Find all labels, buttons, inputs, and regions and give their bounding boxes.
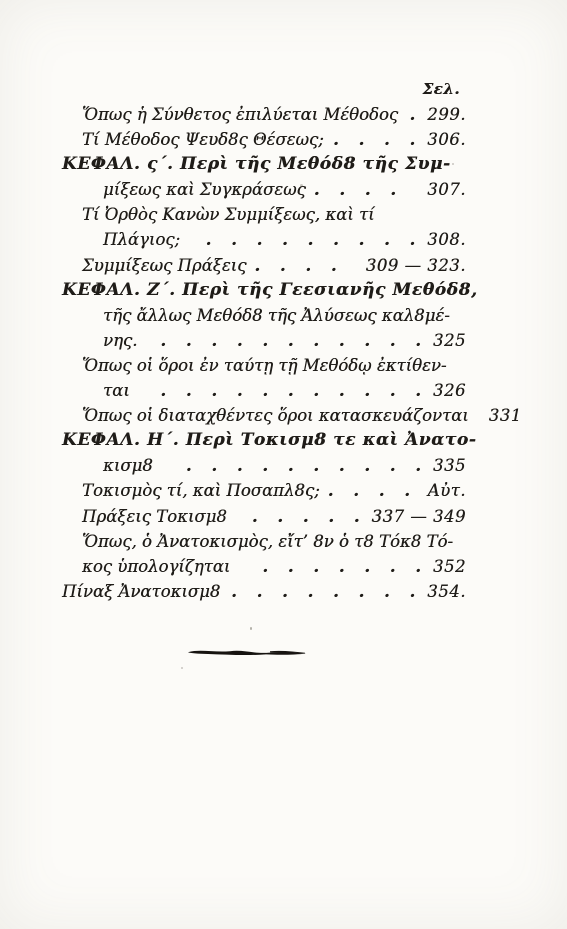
dot-leader: . [398, 102, 415, 127]
dot-leader: . . . . . . . . . [180, 227, 415, 252]
toc-entry-text: Ὅπως, ὁ Ἀνατοκισμὸς, εἴτ’ 8ν ὁ τ8 Τόκ8 Τ… [62, 529, 453, 554]
toc-entry-text: Τί Μέθοδος Ψευδ8ς Θέσεως; [62, 127, 324, 152]
toc-row: Ὅπως οἱ ὅροι ἐν ταύτῃ τῇ Μεθόδῳ ἐκτίθεν- [62, 353, 466, 378]
dot-leader: . . . . . [320, 478, 416, 503]
toc-row: τῆς ἄλλως Μεθόδ8 τῆς Ἀλύσεως καλ8μέ- [62, 303, 466, 328]
toc-row: Τί Μέθοδος Ψευδ8ς Θέσεως; . . . . 306. [62, 127, 466, 152]
toc-row: Πλάγιος; . . . . . . . . . 308. [62, 227, 466, 252]
toc-row: κισμ8 . . . . . . . . . . 335 [62, 453, 466, 478]
toc-row: ΚΕΦΑΛ. ς´. Περὶ τῆς Μεθόδ8 τῆς Συμ- [62, 152, 466, 177]
toc-row: Πίναξ Ἀνατοκισμ8 . . . . . . . . 354. [62, 579, 466, 604]
toc-row: Τί Ὀρθὸς Κανὼν Συμμίξεως, καὶ τί [62, 202, 466, 227]
toc-entry-text: Τί Ὀρθὸς Κανὼν Συμμίξεως, καὶ τί [62, 202, 375, 227]
ink-rule [186, 646, 308, 658]
page-number: 306. [427, 127, 466, 152]
toc-entry-text: ΚΕΦΑΛ. Ζ´. Περὶ τῆς Γεεσιανῆς Μεθόδ8, [62, 278, 478, 303]
page-number: 299. [427, 102, 466, 127]
page-number: 335 [433, 453, 466, 478]
toc-rows: Ὅπως ἡ Σύνθετος ἐπιλύεται Μέθοδος . 299.… [62, 102, 466, 604]
dot-leader: . . . . . [227, 504, 360, 529]
toc-row: κος ὑπολογίζηται . . . . . . . 352 [62, 554, 466, 579]
toc-row: Ὅπως οἱ διαταχθέντες ὅροι κατασκευάζοντα… [62, 403, 466, 428]
dot-leader: . . . . . . . . . . [153, 453, 421, 478]
page-number: Αὐτ. [428, 478, 466, 503]
page-number: 337 — 349 [372, 504, 466, 529]
toc-row: Ὅπως ἡ Σύνθετος ἐπιλύεται Μέθοδος . 299. [62, 102, 466, 127]
page-number: 354. [427, 579, 466, 604]
scanned-book-page: { "colors": { "paper": "#fcfbf8", "ink":… [0, 0, 567, 929]
toc-entry-text: Ὅπως οἱ ὅροι ἐν ταύτῃ τῇ Μεθόδῳ ἐκτίθεν- [62, 353, 446, 378]
dot-leader: . . . . [324, 127, 416, 152]
toc-row: ται . . . . . . . . . . . 326 [62, 378, 466, 403]
paper-speck [300, 184, 303, 187]
toc-entry-text: ΚΕΦΑΛ. ς´. Περὶ τῆς Μεθόδ8 τῆς Συμ- [62, 152, 451, 177]
toc-entry-text: κισμ8 [62, 453, 153, 478]
dot-leader: . . . . . . . . [220, 579, 415, 604]
page-number: 331 [489, 403, 522, 428]
dot-leader: . . . . . [246, 253, 353, 278]
toc-entry-text: νης. [62, 328, 137, 353]
toc-row: Ὅπως, ὁ Ἀνατοκισμὸς, εἴτ’ 8ν ὁ τ8 Τόκ8 Τ… [62, 529, 466, 554]
toc-entry-text: κος ὑπολογίζηται [62, 554, 230, 579]
toc-entry-text: Συμμίξεως Πράξεις [62, 253, 246, 278]
page-number: 325 [433, 328, 466, 353]
toc-entry-text: Ὅπως οἱ διαταχθέντες ὅροι κατασκευάζοντα… [62, 403, 469, 428]
page-column-header: Σελ. [62, 78, 466, 102]
dot-leader: . . . . . . . . . . . [137, 328, 421, 353]
toc-entry-text: Πίναξ Ἀνατοκισμ8 [62, 579, 220, 604]
page-number: 309 — 323. [366, 253, 466, 278]
toc-entry-text: ΚΕΦΑΛ. Η´. Περὶ Τοκισμ8 τε καὶ Ἀνατο- [62, 428, 476, 453]
toc-entry-text: ται [62, 378, 130, 403]
toc-entry-text: Πράξεις Τοκισμ8 [62, 504, 227, 529]
toc-row: μίξεως καὶ Συγκράσεως . . . . . 307. [62, 177, 466, 202]
toc-content: Σελ. Ὅπως ἡ Σύνθετος ἐπιλύεται Μέθοδος .… [62, 78, 466, 604]
toc-entry-text: Πλάγιος; [62, 227, 180, 252]
dot-leader: . . . . . . . [230, 554, 421, 579]
toc-entry-text: Τοκισμὸς τί, καὶ Ποσαπλ8ς; [62, 478, 320, 503]
page-number: 352 [433, 554, 466, 579]
toc-row: Συμμίξεως Πράξεις . . . . . 309 — 323. [62, 253, 466, 278]
paper-speck [250, 627, 252, 630]
toc-entry-text: τῆς ἄλλως Μεθόδ8 τῆς Ἀλύσεως καλ8μέ- [62, 303, 450, 328]
paper-speck [452, 163, 454, 165]
dot-leader: . . . . . [306, 177, 415, 202]
paper-speck [181, 667, 183, 669]
toc-entry-text: Ὅπως ἡ Σύνθετος ἐπιλύεται Μέθοδος [62, 102, 398, 127]
page-number: 308. [427, 227, 466, 252]
toc-entry-text: μίξεως καὶ Συγκράσεως [62, 177, 306, 202]
toc-row: Τοκισμὸς τί, καὶ Ποσαπλ8ς; . . . . . Αὐτ… [62, 478, 466, 503]
page-number: 326 [433, 378, 466, 403]
toc-row: νης. . . . . . . . . . . . 325 [62, 328, 466, 353]
dot-leader: . . . . . . . . . . . [130, 378, 421, 403]
page-number: 307. [427, 177, 466, 202]
toc-row: Πράξεις Τοκισμ8 . . . . . 337 — 349 [62, 504, 466, 529]
toc-row: ΚΕΦΑΛ. Η´. Περὶ Τοκισμ8 τε καὶ Ἀνατο- [62, 428, 466, 453]
toc-row: ΚΕΦΑΛ. Ζ´. Περὶ τῆς Γεεσιανῆς Μεθόδ8, [62, 278, 466, 303]
